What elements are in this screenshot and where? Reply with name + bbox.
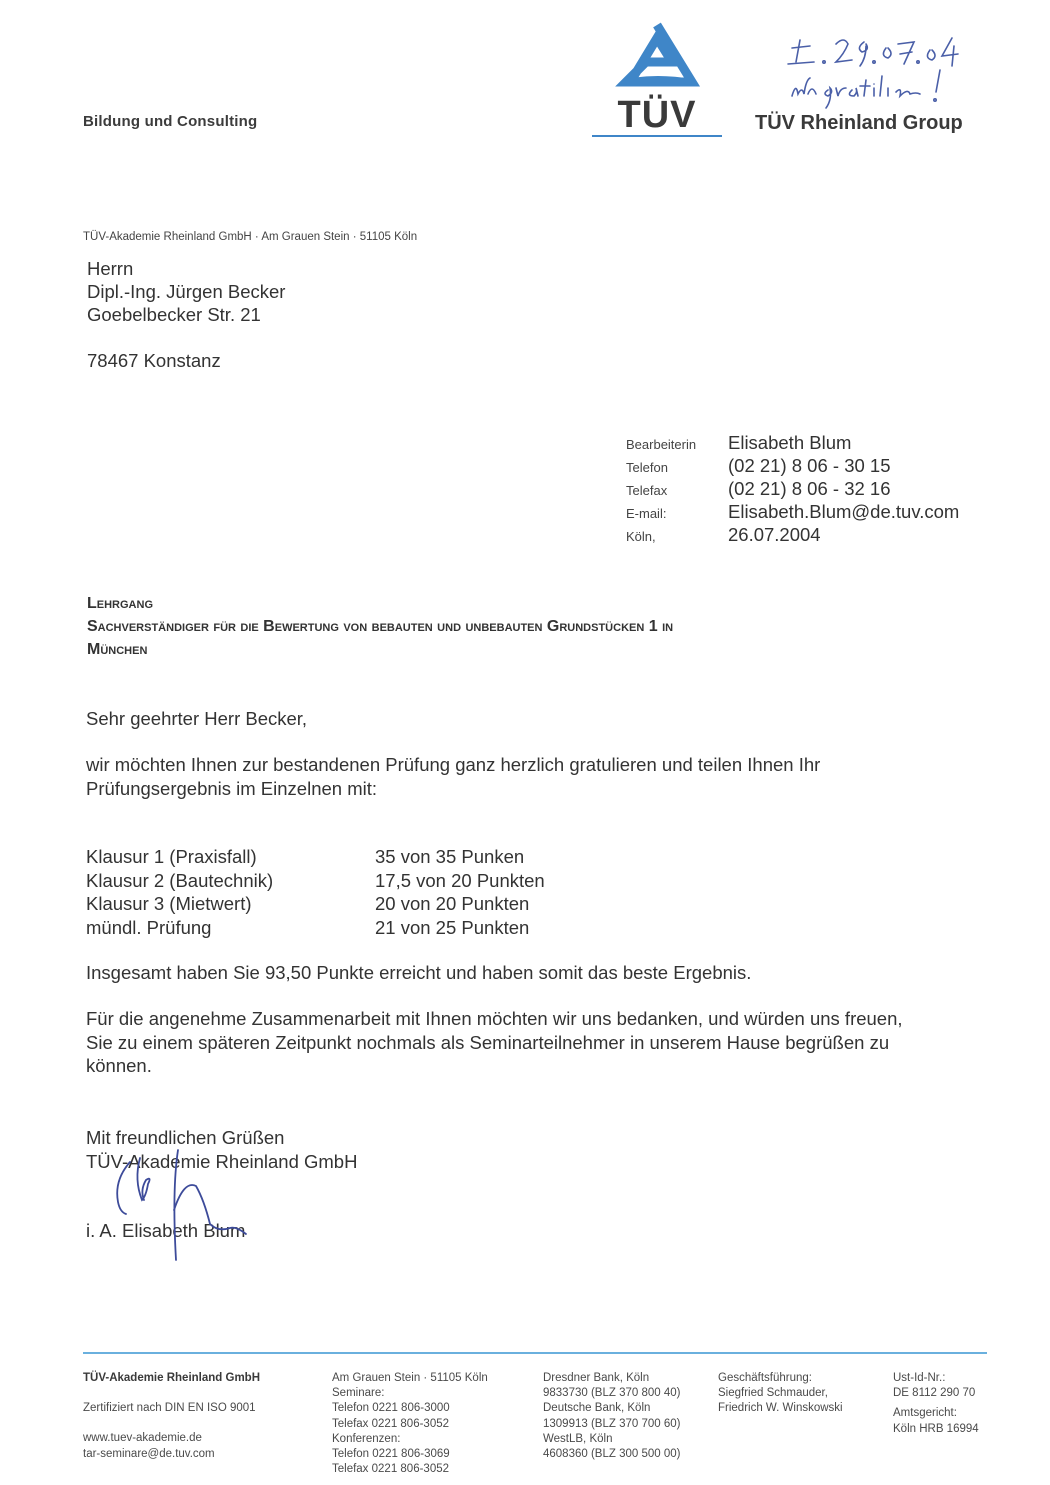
footer-manager-name: Siegfried Schmauder, (718, 1386, 888, 1401)
info-label: E-mail: (626, 506, 728, 521)
footer-bank-account: 9833730 (BLZ 370 800 40) (543, 1386, 713, 1401)
footer-company-name: TÜV-Akademie Rheinland GmbH (83, 1371, 323, 1386)
result-summary: Insgesamt haben Sie 93,50 Punkte erreich… (86, 961, 916, 985)
footer-konferenzen-fax: Telefax 0221 806-3052 (332, 1462, 532, 1477)
footer-website-link[interactable]: www.tuev-akademie.de (83, 1431, 323, 1446)
info-label: Telefon (626, 460, 728, 475)
exam-score: 35 von 35 Punken (375, 846, 524, 870)
result-row: Klausur 3 (Mietwert) 20 von 20 Punkten (86, 893, 545, 917)
footer-bank-name: Deutsche Bank, Köln (543, 1401, 713, 1416)
footer-konferenzen-label: Konferenzen: (332, 1432, 532, 1447)
exam-score: 17,5 von 20 Punkten (375, 870, 545, 894)
info-row-email: E-mail: Elisabeth.Blum@de.tuv.com (626, 501, 959, 524)
footer-certification: Zertifiziert nach DIN EN ISO 9001 (83, 1401, 323, 1416)
footer-management-label: Geschäftsführung: (718, 1371, 888, 1386)
footer-bank-column: Dresdner Bank, Köln 9833730 (BLZ 370 800… (543, 1371, 713, 1462)
info-label: Köln, (626, 529, 728, 544)
info-row-date: Köln, 26.07.2004 (626, 524, 959, 547)
thanks-paragraph: Für die angenehme Zusammenarbeit mit Ihn… (86, 1007, 916, 1078)
footer-email-link[interactable]: tar-seminare@de.tuv.com (83, 1447, 323, 1462)
footer-address-column: Am Grauen Stein · 51105 Köln Seminare: T… (332, 1371, 532, 1477)
footer-seminare-fax: Telefax 0221 806-3052 (332, 1417, 532, 1432)
info-value: (02 21) 8 06 - 32 16 (728, 478, 891, 500)
result-row: Klausur 1 (Praxisfall) 35 von 35 Punken (86, 846, 545, 870)
footer-company-column: TÜV-Akademie Rheinland GmbH Zertifiziert… (83, 1371, 323, 1462)
footer-bank-account: 4608360 (BLZ 300 500 00) (543, 1447, 713, 1462)
footer-bank-name: WestLB, Köln (543, 1432, 713, 1447)
logo-text: TÜV (590, 94, 724, 137)
footer-court-label: Amtsgericht: (893, 1406, 1003, 1421)
footer-court-value: Köln HRB 16994 (893, 1422, 1003, 1437)
footer-legal-column: Ust-Id-Nr.: DE 8112 290 70 Amtsgericht: … (893, 1371, 1003, 1437)
footer-bank-account: 1309913 (BLZ 370 700 60) (543, 1417, 713, 1432)
recipient-city: 78467 Konstanz (87, 349, 285, 372)
exam-results-table: Klausur 1 (Praxisfall) 35 von 35 Punken … (86, 846, 545, 940)
footer-management-column: Geschäftsführung: Siegfried Schmauder, F… (718, 1371, 888, 1417)
info-row-phone: Telefon (02 21) 8 06 - 30 15 (626, 455, 959, 478)
exam-name: Klausur 1 (Praxisfall) (86, 846, 375, 870)
info-row-fax: Telefax (02 21) 8 06 - 32 16 (626, 478, 959, 501)
info-row-editor: Bearbeiterin Elisabeth Blum (626, 432, 959, 455)
logo-underline (592, 135, 722, 137)
department-label: Bildung und Consulting (83, 113, 257, 130)
info-value: Elisabeth Blum (728, 432, 851, 454)
footer-divider (83, 1352, 987, 1354)
recipient-salutation: Herrn (87, 257, 285, 280)
result-row: mündl. Prüfung 21 von 25 Punkten (86, 917, 545, 941)
tuv-logo: TÜV (590, 20, 724, 140)
tuv-triangle-icon (590, 20, 724, 90)
exam-name: Klausur 3 (Mietwert) (86, 893, 375, 917)
subject-line-1: Lehrgang (87, 592, 947, 615)
footer-konferenzen-phone: Telefon 0221 806-3069 (332, 1447, 532, 1462)
contact-info-block: Bearbeiterin Elisabeth Blum Telefon (02 … (626, 432, 959, 547)
footer-vat-value: DE 8112 290 70 (893, 1386, 1003, 1401)
exam-score: 21 von 25 Punkten (375, 917, 529, 941)
recipient-address: Herrn Dipl.-Ing. Jürgen Becker Goebelbec… (87, 257, 285, 372)
result-row: Klausur 2 (Bautechnik) 17,5 von 20 Punkt… (86, 870, 545, 894)
footer-manager-name: Friedrich W. Winskowski (718, 1401, 888, 1416)
footer-seminare-phone: Telefon 0221 806-3000 (332, 1401, 532, 1416)
footer-address: Am Grauen Stein · 51105 Köln (332, 1371, 532, 1386)
exam-score: 20 von 20 Punkten (375, 893, 529, 917)
info-value: Elisabeth.Blum@de.tuv.com (728, 501, 959, 523)
recipient-name: Dipl.-Ing. Jürgen Becker (87, 280, 285, 303)
handwritten-signature (100, 1140, 270, 1265)
recipient-street: Goebelbecker Str. 21 (87, 303, 285, 326)
info-value: 26.07.2004 (728, 524, 821, 546)
exam-name: Klausur 2 (Bautechnik) (86, 870, 375, 894)
letter-salutation: Sehr geehrter Herr Becker, (86, 707, 916, 731)
info-value: (02 21) 8 06 - 30 15 (728, 455, 891, 477)
letter-intro: wir möchten Ihnen zur bestandenen Prüfun… (86, 753, 886, 800)
exam-name: mündl. Prüfung (86, 917, 375, 941)
group-name: TÜV Rheinland Group (755, 112, 963, 135)
handwritten-note (770, 22, 990, 112)
subject-line-2: Sachverständiger für die Bewertung von b… (87, 615, 947, 638)
footer-bank-name: Dresdner Bank, Köln (543, 1371, 713, 1386)
footer-seminare-label: Seminare: (332, 1386, 532, 1401)
info-label: Bearbeiterin (626, 437, 728, 452)
subject-line-3: München (87, 638, 947, 661)
subject-heading: Lehrgang Sachverständiger für die Bewert… (87, 592, 947, 661)
footer-vat-label: Ust-Id-Nr.: (893, 1371, 1003, 1386)
sender-return-address: TÜV-Akademie Rheinland GmbH · Am Grauen … (83, 231, 417, 243)
info-label: Telefax (626, 483, 728, 498)
